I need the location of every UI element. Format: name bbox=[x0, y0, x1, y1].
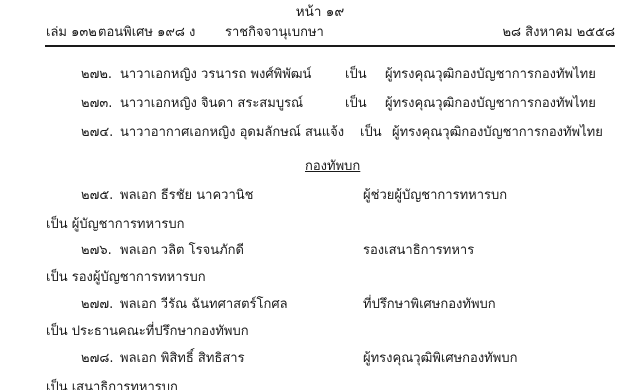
entry-current-position: ผู้ช่วยผู้บัญชาการทหารบก bbox=[363, 188, 507, 204]
page-number: หน้า ๑๙ bbox=[0, 4, 640, 20]
entry-pen: เป็น bbox=[345, 96, 367, 112]
entry-name: นาวาอากาศเอกหญิง อุดมลักษณ์ สนแจ้ง bbox=[120, 125, 344, 141]
entry-current-position: ผู้ทรงคุณวุฒิพิเศษกองทัพบก bbox=[363, 351, 517, 367]
entry-new-position: เป็น ผู้บัญชาการทหารบก bbox=[46, 217, 184, 233]
volume-label: เล่ม ๑๓๒ bbox=[46, 25, 97, 41]
entry-number: ๒๗๓. bbox=[81, 96, 112, 112]
entry-pen: เป็น bbox=[345, 67, 367, 83]
entry-number: ๒๗๔. bbox=[81, 125, 113, 141]
entry-name: นาวาเอกหญิง วรนารถ พงศ์พิพัฒน์ bbox=[120, 67, 311, 83]
entry-pen: เป็น bbox=[360, 125, 382, 141]
entry-number: ๒๗๗. bbox=[81, 297, 113, 313]
entry-new-position: เป็น ประธานคณะที่ปรึกษากองทัพบก bbox=[46, 324, 249, 340]
entry-name: พลเอก พิสิทธิ์ สิทธิสาร bbox=[120, 351, 245, 367]
publication-title: ราชกิจจานุเบกษา bbox=[225, 25, 324, 41]
issue-label: ตอนพิเศษ ๑๙๘ ง bbox=[98, 25, 195, 41]
entry-position: ผู้ทรงคุณวุฒิกองบัญชาการกองทัพไทย bbox=[385, 96, 596, 112]
entry-number: ๒๗๖. bbox=[81, 243, 112, 259]
entry-position: ผู้ทรงคุณวุฒิกองบัญชาการกองทัพไทย bbox=[385, 67, 596, 83]
header-divider bbox=[45, 45, 615, 47]
entry-number: ๒๗๕. bbox=[81, 188, 113, 204]
entry-new-position: เป็น รองผู้บัญชาการทหารบก bbox=[46, 270, 206, 286]
entry-current-position: ที่ปรึกษาพิเศษกองทัพบก bbox=[363, 297, 496, 313]
entry-number: ๒๗๘. bbox=[81, 351, 114, 367]
entry-current-position: รองเสนาธิการทหาร bbox=[363, 243, 474, 259]
entry-name: พลเอก ธีรชัย นาควานิช bbox=[120, 188, 253, 204]
entry-name: นาวาเอกหญิง จินดา สระสมบูรณ์ bbox=[120, 96, 303, 112]
entry-number: ๒๗๒. bbox=[81, 67, 112, 83]
entry-position: ผู้ทรงคุณวุฒิกองบัญชาการกองทัพไทย bbox=[392, 125, 603, 141]
section-heading-army: กองทัพบก bbox=[305, 159, 360, 175]
publication-date: ๒๘ สิงหาคม ๒๕๕๘ bbox=[470, 25, 615, 41]
entry-name: พลเอก วีรัณ ฉันทศาสตร์โกศล bbox=[120, 297, 288, 313]
entry-name: พลเอก วลิต โรจนภักดี bbox=[120, 243, 244, 259]
entry-new-position: เป็น เสนาธิการทหารบก bbox=[46, 380, 178, 390]
